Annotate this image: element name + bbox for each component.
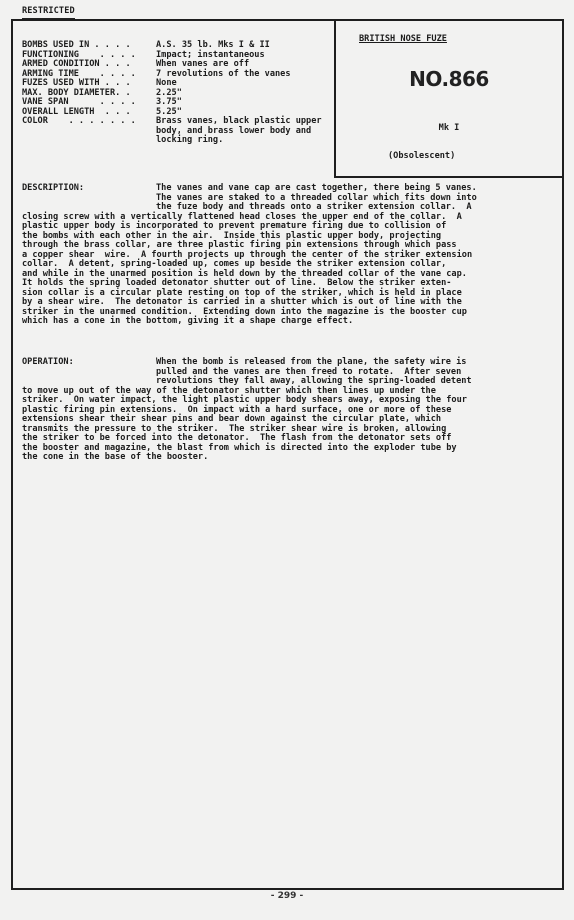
operation-heading: OPERATION:: [22, 358, 74, 368]
operation-section: OPERATION: When the bomb is released fro…: [22, 358, 552, 463]
classification-marking: RESTRICTED: [22, 6, 75, 19]
fuze-number: NO.866: [336, 67, 562, 91]
spec-label: COLOR . . . . . . .: [22, 117, 156, 146]
fuze-status: (Obsolescent): [388, 151, 455, 161]
description-body: The vanes and vane cap are cast together…: [22, 184, 552, 327]
specifications-table: BOMBS USED IN . . . .A.S. 35 lb. Mks I &…: [22, 41, 332, 146]
page-number: - 299 -: [0, 891, 574, 901]
description-heading: DESCRIPTION:: [22, 184, 84, 194]
fuze-id-box: BRITISH NOSE FUZE NO.866 Mk I (Obsolesce…: [334, 19, 562, 178]
fuze-series-title: BRITISH NOSE FUZE: [359, 34, 447, 44]
spec-row: COLOR . . . . . . .Brass vanes, black pl…: [22, 117, 332, 146]
spec-value: Brass vanes, black plastic upper body, a…: [156, 117, 326, 146]
description-section: DESCRIPTION: The vanes and vane cap are …: [22, 184, 552, 327]
paragraph-line: the cone in the base of the booster.: [22, 453, 552, 463]
paragraph-line: which has a cone in the bottom, giving i…: [22, 317, 552, 327]
operation-body: When the bomb is released from the plane…: [22, 358, 552, 463]
fuze-mark: Mk I: [336, 123, 562, 133]
spec-value: 7 revolutions of the vanes: [156, 70, 326, 80]
